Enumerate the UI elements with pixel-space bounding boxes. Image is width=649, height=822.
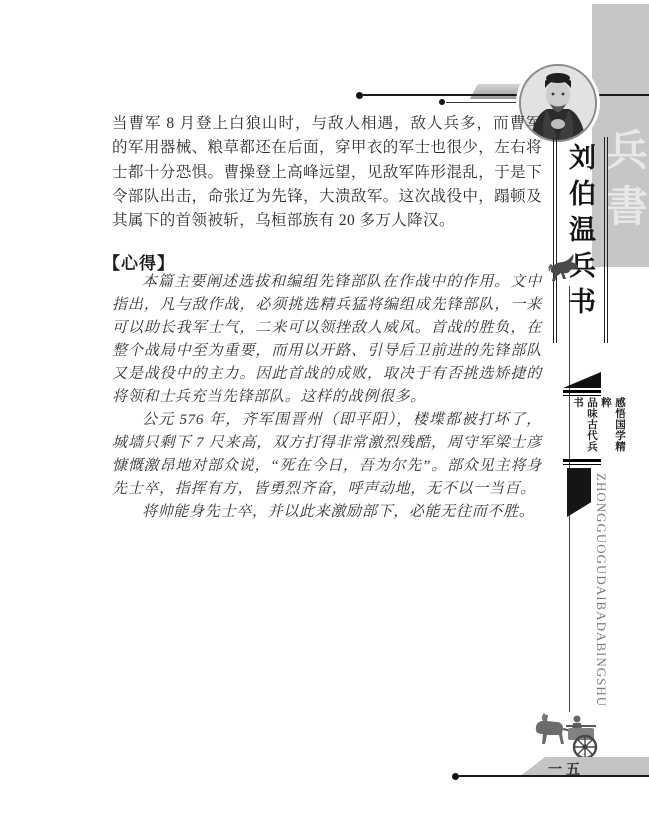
- footer-rule-line: [459, 775, 649, 777]
- header-rule-dot: [356, 92, 363, 99]
- slogan-top-thin-rule: [563, 395, 601, 396]
- book-title-vertical: 刘伯温兵书: [553, 137, 608, 343]
- main-paragraph: 当曹军 8 月登上白狼山时，与敌人相遇，敌人兵多，而曹军的军用器械、粮草都还在后…: [112, 112, 542, 233]
- footer-rule-dot: [452, 773, 459, 780]
- slogan-top-thick-rule: [563, 390, 601, 393]
- series-romanized-title: ZHONGGUOGUDAIBADABINGSHU: [593, 473, 609, 705]
- black-flag-ornament: [567, 468, 591, 517]
- insight-paragraph: 本篇主要阐述选拔和编组先锋部队在作战中的作用。文中指出，凡与敌作战，必须挑选精兵…: [112, 271, 542, 409]
- slogan-bottom-thin-rule: [563, 464, 601, 465]
- book-page: 兵書 刘伯温兵书 感悟国学精粹: [0, 0, 649, 822]
- header-rule-line: [363, 94, 649, 96]
- horse-chariot-icon: [530, 708, 606, 760]
- slogan-column-left: 品味古代兵书: [570, 397, 598, 461]
- header-secondary-dot: [439, 99, 445, 105]
- insight-section: 本篇主要阐述选拔和编组先锋部队在作战中的作用。文中指出，凡与敌作战，必须挑选精兵…: [112, 271, 542, 524]
- galloping-horse-icon: [547, 250, 581, 283]
- slogan-column-right: 感悟国学精粹: [598, 397, 626, 461]
- series-slogan-vertical: 感悟国学精粹 品味古代兵书: [570, 397, 626, 461]
- insight-paragraph: 将帅能身先士卒，并以此来激励部下，必能无往而不胜。: [112, 501, 542, 524]
- insight-paragraph: 公元 576 年，齐军围晋州（即平阳），楼堞都被打坏了，城墙只剩下 7 尺来高，…: [112, 409, 542, 501]
- slogan-bottom-thick-rule: [563, 459, 601, 462]
